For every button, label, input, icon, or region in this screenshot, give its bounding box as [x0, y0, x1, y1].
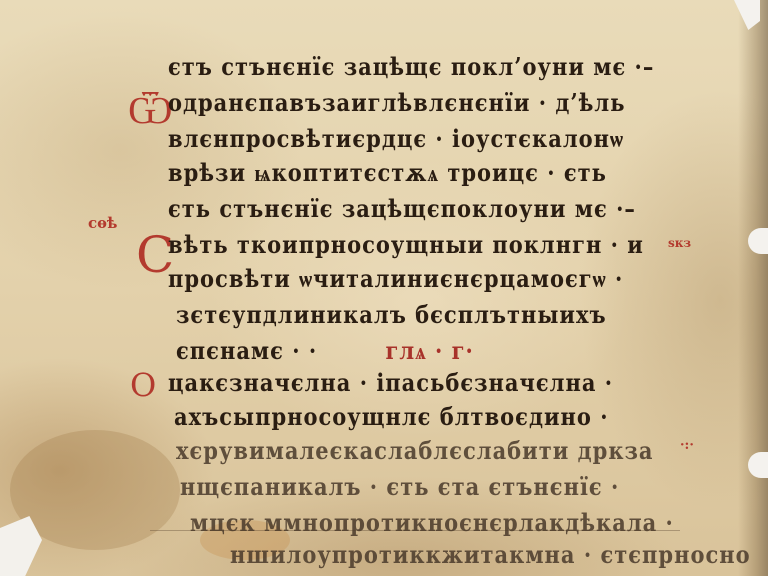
text-line-10: цакєзначєлна · іпасьбєзначєлна · [168, 368, 613, 397]
margin-note-left: сѳѣ [88, 214, 117, 232]
text-line-6: вѣть ткоипрносоущныи поклнгн · и [168, 230, 644, 259]
text-line-12: хєрувималеєкаслаблєслабити дркза [176, 436, 654, 465]
text-line-2: одранєпавъзаиглѣвлєнєнїи · д’ѣль [168, 88, 626, 117]
margin-note-right: ѕкз [668, 236, 691, 250]
text-line-14: мцєк ммнопротикноєнєрлакдѣкала · [190, 508, 674, 537]
margin-note-right-lower: ·:· [680, 438, 694, 453]
text-line-9: єпєнамє · · глѧ · г· [176, 336, 474, 366]
text-line-8: зєтєупдлиникалъ бєсплътныихъ [176, 300, 607, 329]
text-line-5: єть стънєнїє зацѣщєпоклоуни мє ·– [168, 194, 636, 223]
binding-gutter [738, 0, 768, 576]
text-line-4: врѣзи ѩкоптитєстѫѧ троицє · єть [168, 158, 607, 188]
damaged-underline [150, 530, 680, 531]
sewing-hole [748, 228, 768, 254]
text-line-13: нщєпаникалъ · єть єта єтънєнїє · [180, 472, 619, 501]
red-initial-omega: Ѿ [128, 88, 173, 133]
sewing-hole [748, 452, 768, 478]
text-line-3: влєнпросвѣтиєрдцє · іоустєкалонѡ [168, 124, 624, 154]
text-line-7: просвѣти ѡчиталиниєнєрцамоєгѡ · [168, 264, 623, 294]
red-initial-o: О [130, 366, 156, 404]
rubric-red: глѧ · г· [386, 336, 474, 365]
text-line-1: єтъ стънєнїє зацѣщє покл’оуни мє ·– [168, 52, 654, 81]
text-line-9-black: єпєнамє · · [176, 336, 317, 365]
text-line-15: ншилоупротиккжитакмна · єтєпрносно [230, 540, 751, 569]
text-line-11: ахъсыпрносоущнлє блтвоєдино · [174, 402, 609, 431]
